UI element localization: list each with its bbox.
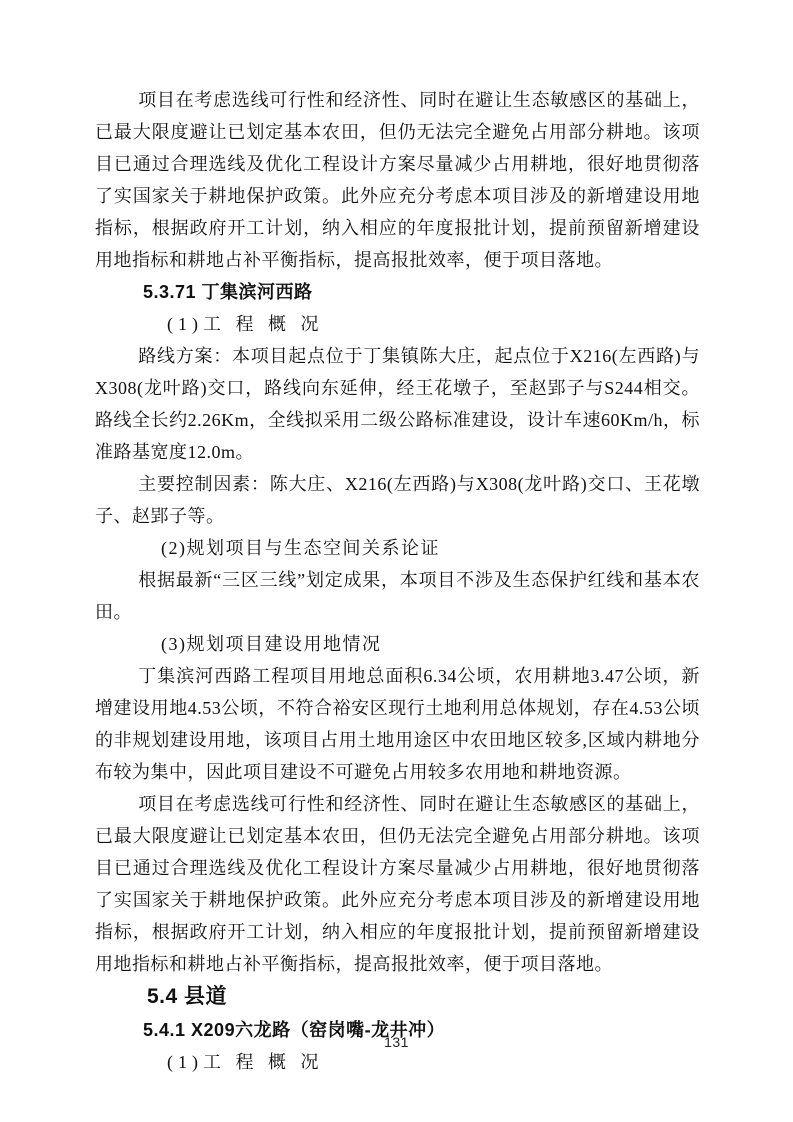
heading-5-4-county-roads: 5.4 县道 xyxy=(147,980,700,1014)
subheading-project-overview-1: (1)工 程 概 况 xyxy=(167,308,700,340)
subheading-project-overview-2: (1)工 程 概 况 xyxy=(167,1046,700,1078)
subheading-construction-land: (3)规划项目建设用地情况 xyxy=(161,628,700,660)
paragraph-land-area-detail: 丁集滨河西路工程项目用地总面积6.34公顷，农用耕地3.47公顷，新增建设用地4… xyxy=(95,660,700,788)
paragraph-land-policy-repeat: 项目在考虑选线可行性和经济性、同时在避让生态敏感区的基础上，已最大限度避让已划定… xyxy=(95,788,700,980)
paragraph-control-factors: 主要控制因素：陈大庄、X216(左西路)与X308(龙叶路)交口、王花墩子、赵郢… xyxy=(95,468,700,532)
subheading-eco-space-relation: (2)规划项目与生态空间关系论证 xyxy=(161,532,700,564)
paragraph-three-zones-result: 根据最新“三区三线”划定成果，本项目不涉及生态保护红线和基本农田。 xyxy=(95,564,700,628)
page-number: 131 xyxy=(0,1034,793,1050)
paragraph-route-plan: 路线方案：本项目起点位于丁集镇陈大庄，起点位于X216(左西路)与X308(龙叶… xyxy=(95,340,700,468)
document-page: 项目在考虑选线可行性和经济性、同时在避让生态敏感区的基础上，已最大限度避让已划定… xyxy=(0,0,793,1122)
paragraph-land-policy: 项目在考虑选线可行性和经济性、同时在避让生态敏感区的基础上，已最大限度避让已划定… xyxy=(95,84,700,276)
heading-5-3-71: 5.3.71 丁集滨河西路 xyxy=(143,276,700,308)
